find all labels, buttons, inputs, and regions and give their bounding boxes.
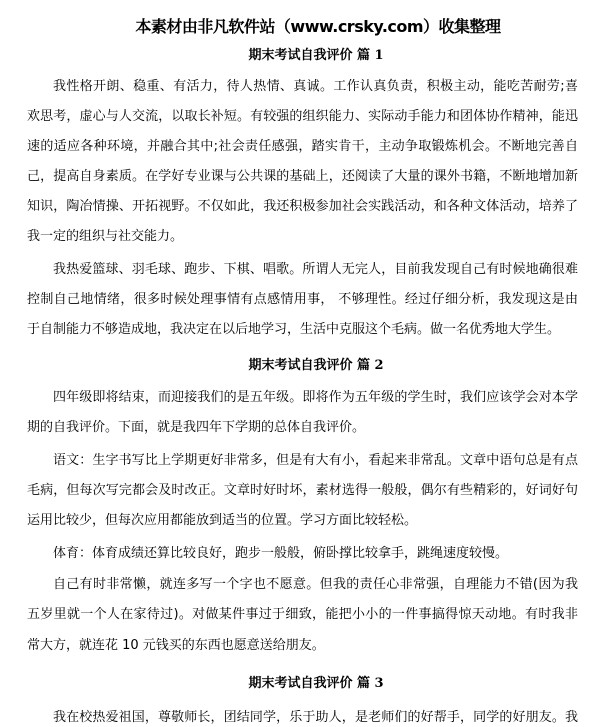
paragraph-line: 毛病，但每次写完都会及时改正。文章时好时坏，素材选得一般般，偶尔有些精彩的，好词… <box>27 482 578 500</box>
paragraph-line: 四年级即将结束，而迎接我们的是五年级。即将作为五年级的学生时，我们应该学会对本学 <box>53 389 578 407</box>
paragraph-line: 欢思考，虚心与人交流，以取长补短。有较强的组织能力、实际动手能力和团体协作精神，… <box>27 108 578 126</box>
paragraph-line: 速的适应各种环境，并融合其中;社会责任感强，踏实肯干，主动争取锻炼机会。不断地完… <box>27 138 578 156</box>
paragraph-line: 自己有时非常懒，就连多写一个字也不愿意。但我的责任心非常强，自理能力不错(因为我 <box>53 576 578 594</box>
paragraph-line: 体育：体育成绩还算比较良好，跑步一般般，俯卧撑比较拿手，跳绳速度较慢。 <box>53 545 578 563</box>
paragraph-line: 我一定的组织与社交能力。 <box>27 228 578 246</box>
paragraph-line: 语文：生字书写比上学期更好非常多，但是有大有小，看起来非常乱。文章中语句总是有点 <box>53 452 578 470</box>
paragraph-line: 于自制能力不够造成地，我决定在以后地学习，生活中克服这个毛病。做一名优秀地大学生… <box>27 321 578 339</box>
paragraph-line: 我热爱篮球、羽毛球、跑步、下棋、唱歌。所谓人无完人，目前我发现自己有时候地确很难 <box>53 261 578 279</box>
paragraph-line: 我在校热爱祖国，尊敬师长，团结同学，乐于助人，是老师们的好帮手，同学的好朋友。我 <box>53 709 578 727</box>
paragraph-line: 我性格开朗、稳重、有活力，待人热情、真诚。工作认真负责，积极主动，能吃苦耐劳;喜 <box>53 78 578 96</box>
paragraph-line: 控制自己地情绪，很多时候处理事情有点感情用事， 不够理性。经过仔细分析，我发现这… <box>27 291 578 309</box>
paragraph-line: 期的自我评价。下面，就是我四年下学期的总体自我评价。 <box>27 419 578 437</box>
section-heading-2: 期末考试自我评价 篇 2 <box>0 357 606 375</box>
paragraph-line: 常大方，就连花 10 元钱买的东西也愿意送给朋友。 <box>27 637 578 655</box>
paragraph-line: 运用比较少，但每次应用都能放到适当的位置。学习方面比较轻松。 <box>27 512 578 530</box>
paragraph-line: 知识，陶冶情操、开拓视野。不仅如此，我还积极参加社会实践活动，和各种文体活动，培… <box>27 198 578 216</box>
section-heading-1: 期末考试自我评价 篇 1 <box>0 47 606 65</box>
section-heading-3: 期末考试自我评价 篇 3 <box>0 675 606 693</box>
paragraph-line: 五岁里就一个人在家待过)。对做某件事过于细致，能把小小的一件事搞得惊天动地。有时… <box>27 606 578 624</box>
document-title: 本素材由非凡软件站（www.crsky.com）收集整理 <box>0 17 606 37</box>
paragraph-line: 己，提高自身素质。在学好专业课与公共课的基础上，还阅读了大量的课外书籍，不断地增… <box>27 168 578 186</box>
document-page: 本素材由非凡软件站（www.crsky.com）收集整理 期末考试自我评价 篇 … <box>0 0 606 727</box>
